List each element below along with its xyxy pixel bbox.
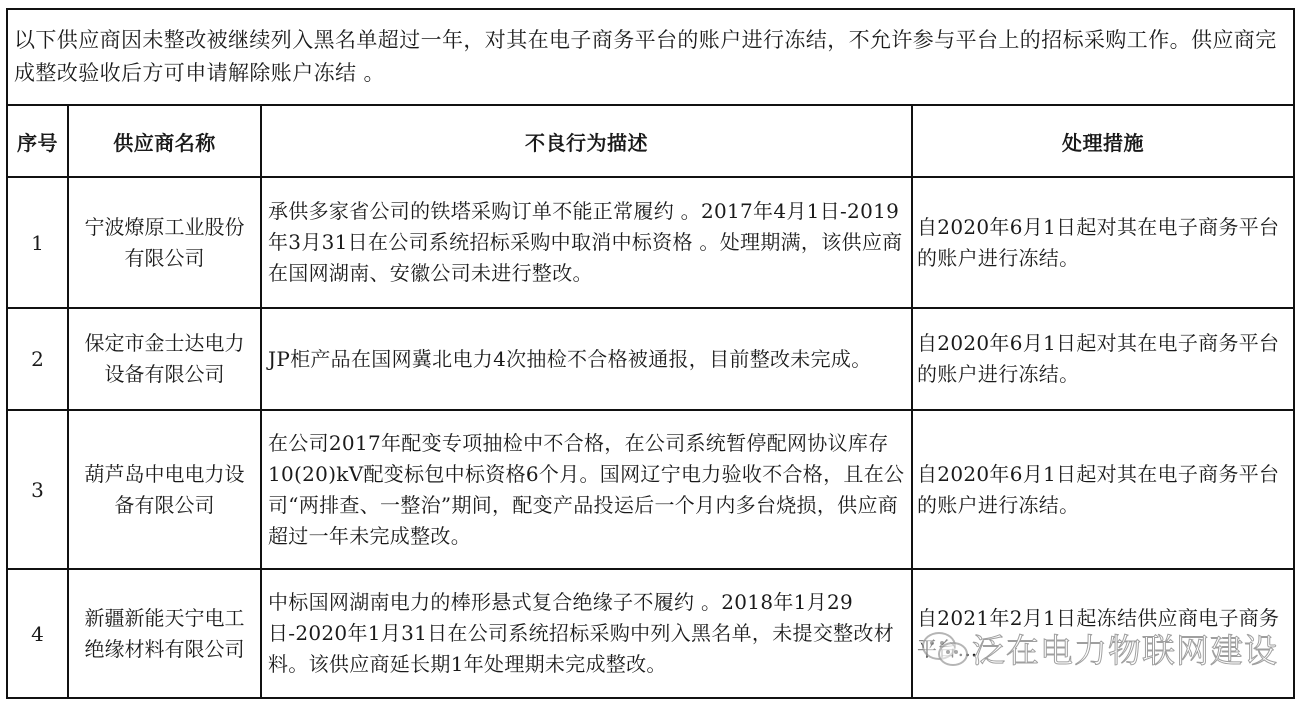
table-row: 4 新疆新能天宁电工绝缘材料有限公司 中标国网湖南电力的棒形悬式复合绝缘子不履约… <box>7 569 1294 698</box>
row-index: 4 <box>7 569 68 698</box>
supplier-name: 宁波燎原工业股份有限公司 <box>68 177 261 308</box>
handling-measure: 自2020年6月1日起对其在电子商务平台的账户进行冻结。 <box>912 308 1294 410</box>
document: 以下供应商因未整改被继续列入黑名单超过一年，对其在电子商务平台的账户进行冻结，不… <box>6 8 1293 699</box>
supplier-name: 葫芦岛中电电力设备有限公司 <box>68 410 261 569</box>
header-measure: 处理措施 <box>912 105 1294 177</box>
row-index: 1 <box>7 177 68 308</box>
handling-measure: 自2021年2月1日起冻结供应商电子商务平台... <box>912 569 1294 698</box>
handling-measure: 自2020年6月1日起对其在电子商务平台的账户进行冻结。 <box>912 177 1294 308</box>
misconduct-description: 承供多家省公司的铁塔采购订单不能正常履约 。2017年4月1日-2019年3月3… <box>261 177 912 308</box>
handling-measure: 自2020年6月1日起对其在电子商务平台的账户进行冻结。 <box>912 410 1294 569</box>
misconduct-description: JP柜产品在国网冀北电力4次抽检不合格被通报，目前整改未完成。 <box>261 308 912 410</box>
row-index: 2 <box>7 308 68 410</box>
row-index: 3 <box>7 410 68 569</box>
table-row: 2 保定市金士达电力设备有限公司 JP柜产品在国网冀北电力4次抽检不合格被通报，… <box>7 308 1294 410</box>
table-header-row: 序号 供应商名称 不良行为描述 处理措施 <box>7 105 1294 177</box>
table-row: 3 葫芦岛中电电力设备有限公司 在公司2017年配变专项抽检中不合格，在公司系统… <box>7 410 1294 569</box>
notice-text: 以下供应商因未整改被继续列入黑名单超过一年，对其在电子商务平台的账户进行冻结，不… <box>7 9 1294 105</box>
blacklist-table: 以下供应商因未整改被继续列入黑名单超过一年，对其在电子商务平台的账户进行冻结，不… <box>6 8 1295 699</box>
supplier-name: 保定市金士达电力设备有限公司 <box>68 308 261 410</box>
misconduct-description: 中标国网湖南电力的棒形悬式复合绝缘子不履约 。2018年1月29日-2020年1… <box>261 569 912 698</box>
table-row: 1 宁波燎原工业股份有限公司 承供多家省公司的铁塔采购订单不能正常履约 。201… <box>7 177 1294 308</box>
misconduct-description: 在公司2017年配变专项抽检中不合格，在公司系统暂停配网协议库存10(20)kV… <box>261 410 912 569</box>
notice-row: 以下供应商因未整改被继续列入黑名单超过一年，对其在电子商务平台的账户进行冻结，不… <box>7 9 1294 105</box>
header-index: 序号 <box>7 105 68 177</box>
header-supplier: 供应商名称 <box>68 105 261 177</box>
header-description: 不良行为描述 <box>261 105 912 177</box>
supplier-name: 新疆新能天宁电工绝缘材料有限公司 <box>68 569 261 698</box>
